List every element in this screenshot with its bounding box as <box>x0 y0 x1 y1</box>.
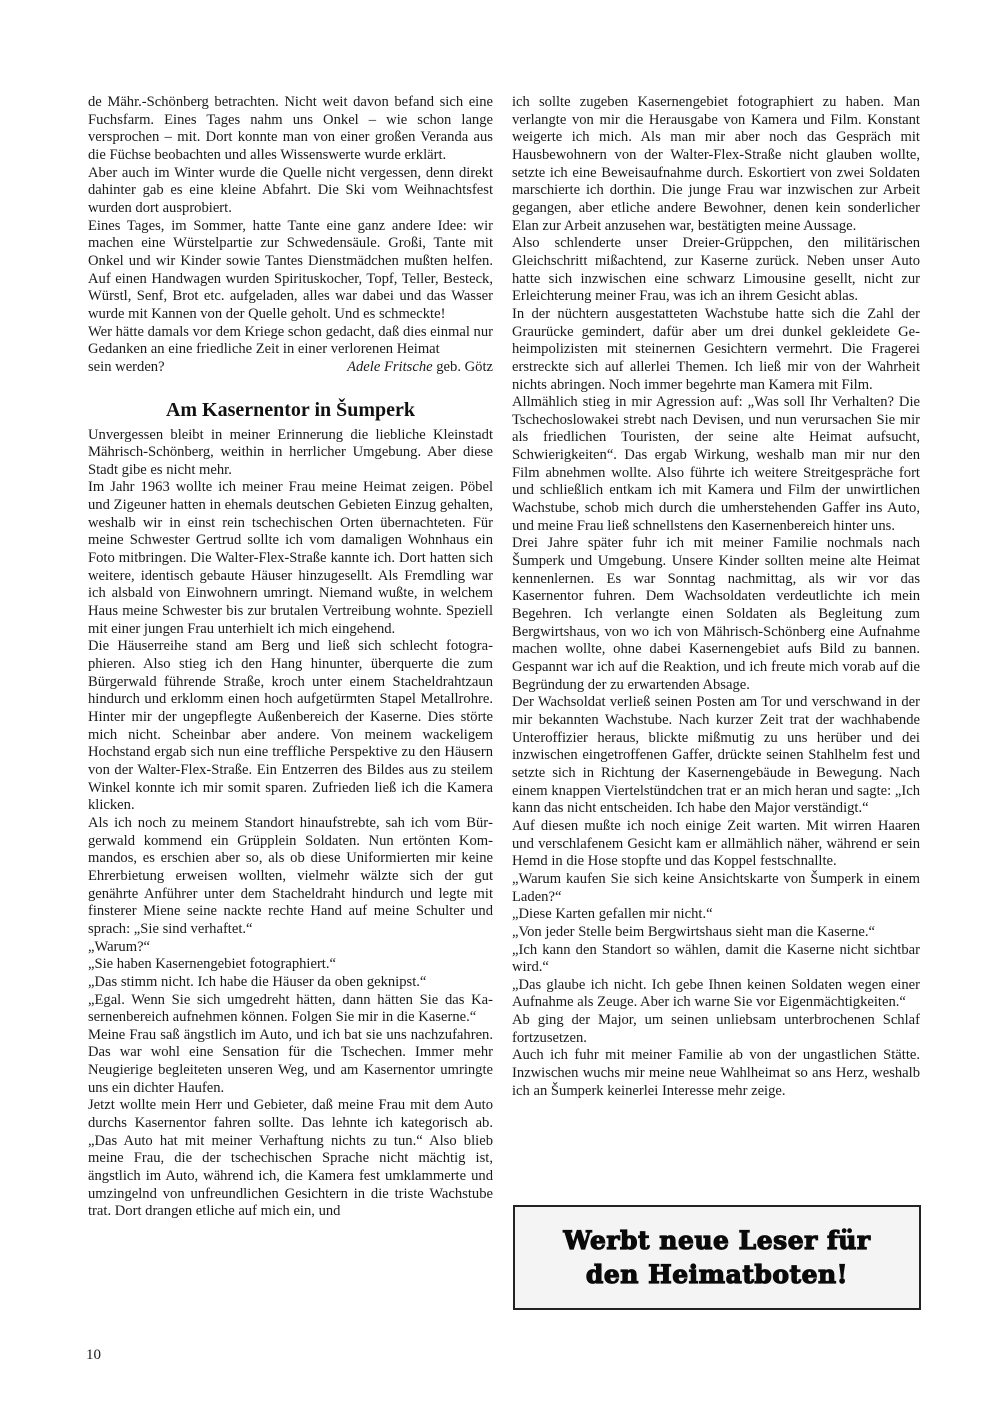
author-signature: Adele Fritsche geb. Götz <box>347 359 493 377</box>
closing-text: sein werden? <box>88 359 165 377</box>
document-page: de Mähr.-Schönberg betrachten. Nicht wei… <box>0 0 1000 1412</box>
paragraph: Drei Jahre später fuhr ich mit meiner Fa… <box>512 535 920 694</box>
paragraph: Der Wachsoldat verließ seinen Posten am … <box>512 694 920 818</box>
dialogue-line: „Ich kann den Standort so wählen, damit … <box>512 942 920 977</box>
paragraph: Als ich noch zu meinem Standort hinaufst… <box>88 815 493 939</box>
paragraph: Aber auch im Winter wurde die Quelle nic… <box>88 165 493 218</box>
paragraph: In der nüchtern ausgestatteten Wachstube… <box>512 306 920 394</box>
paragraph: Also schlenderte unser Dreier-Grüppchen,… <box>512 235 920 306</box>
dialogue-line: „Warum?“ <box>88 939 493 957</box>
closing-signature-line: sein werden? Adele Fritsche geb. Götz <box>88 359 493 377</box>
dialogue-line: „Das glaube ich nicht. Ich gebe Ihnen ke… <box>512 977 920 1012</box>
reader-recruitment-box: Werbt neue Leser für den Heimatboten! <box>513 1205 921 1310</box>
paragraph: Meine Frau saß ängstlich im Auto, und ic… <box>88 1027 493 1098</box>
dialogue-line: „Von jeder Stelle beim Bergwirtshaus sie… <box>512 924 920 942</box>
right-column: ich sollte zugeben Kasernengebiet fotogr… <box>512 94 920 1100</box>
article-title: Am Kasernentor in Šumperk <box>88 399 493 421</box>
paragraph: Unvergessen bleibt in meiner Erinnerung … <box>88 427 493 480</box>
page-number: 10 <box>86 1347 101 1364</box>
paragraph: Eines Tages, im Sommer, hatte Tante eine… <box>88 218 493 324</box>
promo-line-1: Werbt neue Leser für <box>563 1224 870 1258</box>
dialogue-line: „Diese Karten gefallen mir nicht.“ <box>512 906 920 924</box>
paragraph: Jetzt wollte mein Herr und Gebieter, daß… <box>88 1097 493 1221</box>
author-name: Adele Fritsche <box>347 359 433 375</box>
paragraph: Auf diesen mußte ich noch einige Zeit wa… <box>512 818 920 871</box>
paragraph: Allmählich stieg in mir Agression auf: „… <box>512 394 920 535</box>
left-column: de Mähr.-Schönberg betrachten. Nicht wei… <box>88 94 493 1221</box>
dialogue-line: „Sie haben Kasernengebiet fotographiert.… <box>88 956 493 974</box>
dialogue-line: „Egal. Wenn Sie sich umgedreht hätten, d… <box>88 992 493 1027</box>
paragraph: Auch ich fuhr mit meiner Familie ab von … <box>512 1047 920 1100</box>
paragraph: Im Jahr 1963 wollte ich meiner Frau mein… <box>88 479 493 638</box>
paragraph: Die Häuserreihe stand am Berg und ließ s… <box>88 638 493 815</box>
dialogue-line: „Das stimm nicht. Ich habe die Häuser da… <box>88 974 493 992</box>
paragraph: Ab ging der Major, um seinen unliebsam u… <box>512 1012 920 1047</box>
paragraph: de Mähr.-Schönberg betrachten. Nicht wei… <box>88 94 493 165</box>
promo-line-2: den Heimatboten! <box>586 1258 848 1292</box>
paragraph: ich sollte zugeben Kasernengebiet fotogr… <box>512 94 920 235</box>
dialogue-line: „Warum kaufen Sie sich keine Ansichtskar… <box>512 871 920 906</box>
author-maiden-name: geb. Götz <box>433 359 493 375</box>
paragraph: Wer hätte damals vor dem Kriege schon ge… <box>88 324 493 359</box>
